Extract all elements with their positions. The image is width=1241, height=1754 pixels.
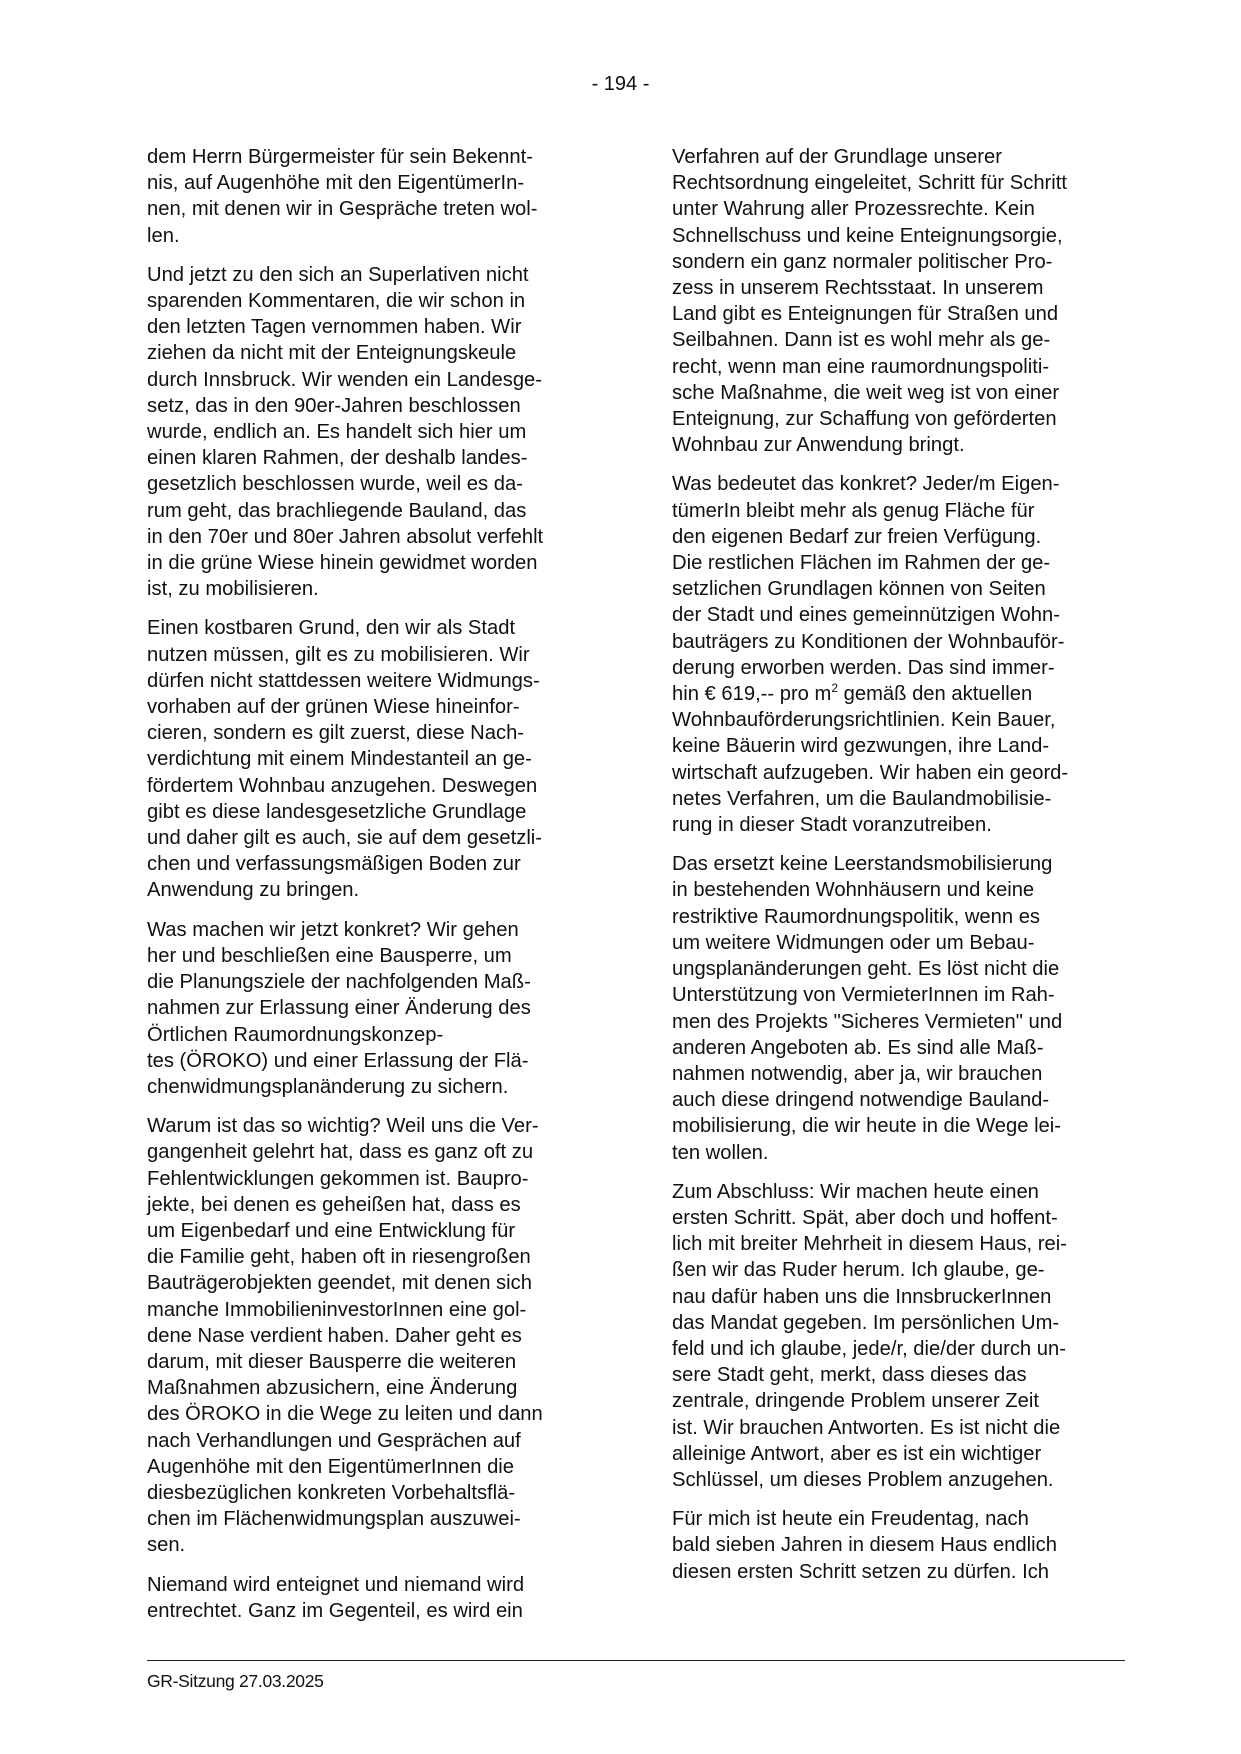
paragraph: Zum Abschluss: Wir machen heute einen er…	[672, 1179, 1122, 1493]
paragraph: Warum ist das so wichtig? Weil uns die V…	[147, 1113, 597, 1558]
paragraph: Was machen wir jetzt konkret? Wir gehen …	[147, 917, 597, 1100]
paragraph: Für mich ist heute ein Freudentag, nach …	[672, 1506, 1122, 1585]
footer-divider	[147, 1660, 1125, 1661]
paragraph-text: Was bedeutet das konkret? Jeder/m Eigen-…	[672, 473, 1064, 705]
footer-session-date: GR-Sitzung 27.03.2025	[147, 1670, 324, 1692]
left-column: dem Herrn Bürgermeister für sein Bekennt…	[147, 144, 597, 1637]
paragraph-with-superscript: Was bedeutet das konkret? Jeder/m Eigen-…	[672, 471, 1122, 838]
paragraph: Einen kostbaren Grund, den wir als Stadt…	[147, 615, 597, 903]
paragraph: Das ersetzt keine Leerstandsmobilisierun…	[672, 851, 1122, 1165]
paragraph: dem Herrn Bürgermeister für sein Bekennt…	[147, 144, 597, 249]
paragraph: Niemand wird enteignet und niemand wird …	[147, 1572, 597, 1624]
right-column: Verfahren auf der Grundlage unserer Rech…	[672, 144, 1122, 1598]
paragraph-text: gemäß den aktuellen Wohnbauförderungsric…	[672, 683, 1068, 836]
page-number: - 194 -	[0, 72, 1241, 96]
paragraph: Verfahren auf der Grundlage unserer Rech…	[672, 144, 1122, 458]
paragraph: Und jetzt zu den sich an Superlativen ni…	[147, 262, 597, 603]
